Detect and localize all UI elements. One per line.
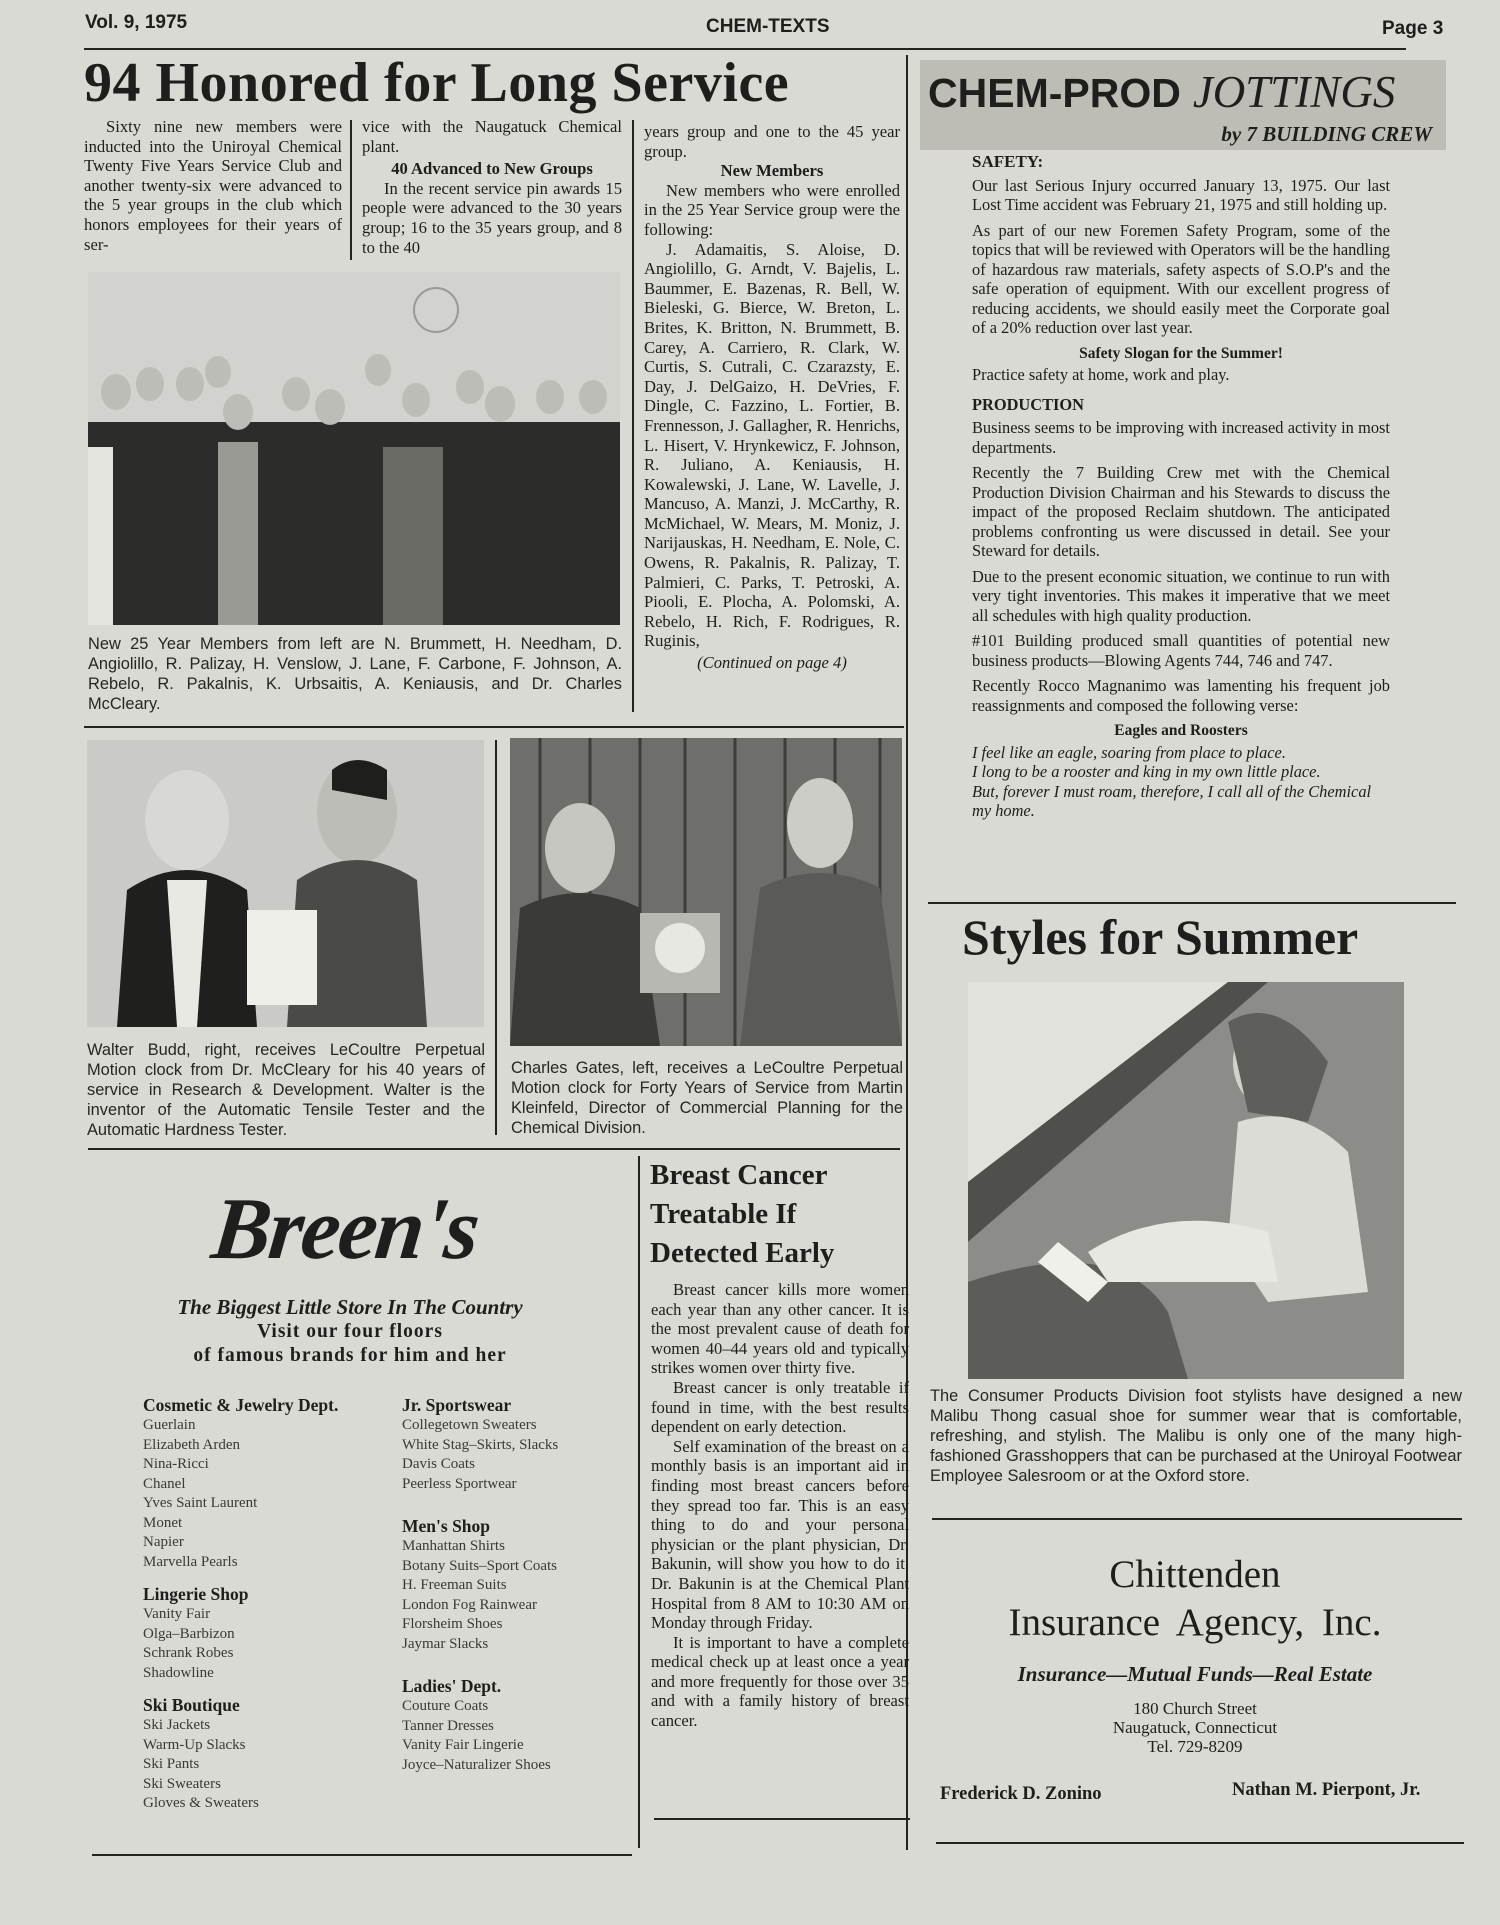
breens-left-column: Cosmetic & Jewelry Dept. Guerlain Elizab… (143, 1395, 363, 1826)
brand-item: Manhattan Shirts (402, 1537, 612, 1557)
production-paragraph: Business seems to be improving with incr… (972, 418, 1390, 457)
poem-line: But, forever I must roam, therefore, I c… (972, 782, 1390, 821)
brand-item: White Stag–Skirts, Slacks (402, 1436, 612, 1456)
budd-photo-image (87, 740, 484, 1027)
brand-item: Chanel (143, 1475, 363, 1495)
subhead-40-advanced: 40 Advanced to New Groups (362, 159, 622, 179)
gates-photo (510, 738, 902, 1046)
chittenden-services: Insurance—Mutual Funds—Real Estate (928, 1662, 1462, 1687)
group-photo (88, 272, 620, 625)
members-list: J. Adamaitis, S. Aloise, D. Angiolillo, … (644, 240, 900, 651)
cancer-paragraph: Breast cancer is only treatable if found… (651, 1378, 909, 1437)
brand-item: Davis Coats (402, 1455, 612, 1475)
section-rule (654, 1818, 910, 1820)
article-col2: vice with the Naugatuck Chemical plant. … (362, 117, 622, 257)
brand-item: Schrank Robes (143, 1644, 363, 1664)
brand-item: Joyce–Naturalizer Shoes (402, 1756, 612, 1776)
agent-zonino: Frederick D. Zonino (940, 1784, 1102, 1805)
budd-photo (87, 740, 484, 1027)
column-rule (495, 740, 497, 1135)
gates-caption: Charles Gates, left, receives a LeCoultr… (511, 1058, 903, 1138)
article-col3: years group and one to the 45 year group… (644, 122, 900, 673)
chittenden-agency: Insurance Agency, Inc. (928, 1598, 1462, 1648)
summer-photo-image (968, 982, 1404, 1379)
dept-group: Cosmetic & Jewelry Dept. Guerlain Elizab… (143, 1395, 363, 1572)
agent-pierpont: Nathan M. Pierpont, Jr. (1232, 1780, 1420, 1801)
slogan-text: Practice safety at home, work and play. (972, 365, 1390, 385)
section-rule (936, 1842, 1464, 1844)
dept-heading: Ski Boutique (143, 1695, 363, 1716)
brand-item: H. Freeman Suits (402, 1576, 612, 1596)
cancer-headline: Breast Cancer Treatable If Detected Earl… (650, 1156, 900, 1273)
slogan-heading: Safety Slogan for the Summer! (972, 344, 1390, 364)
poem: I feel like an eagle, soaring from place… (972, 743, 1390, 821)
summer-photo (968, 982, 1404, 1379)
article-paragraph: Sixty nine new members were inducted int… (84, 117, 342, 254)
brand-item: Florsheim Shoes (402, 1615, 612, 1635)
cancer-paragraph: Self examination of the breast on a mont… (651, 1437, 909, 1633)
brand-item: Tanner Dresses (402, 1717, 612, 1737)
dept-group: Jr. Sportswear Collegetown Sweaters Whit… (402, 1395, 612, 1494)
chittenden-ad: Chittenden Insurance Agency, Inc. Insura… (928, 1552, 1462, 1756)
section-rule (932, 1518, 1462, 1520)
jottings-banner: CHEM-PROD JOTTINGS by 7 BUILDING CREW (920, 60, 1446, 150)
column-rule (350, 120, 352, 260)
jottings-title-bold: CHEM-PROD (928, 70, 1181, 116)
brand-item: Olga–Barbizon (143, 1625, 363, 1645)
cancer-headline-line: Breast Cancer (650, 1156, 900, 1195)
article-col1: Sixty nine new members were inducted int… (84, 117, 342, 254)
production-paragraph: Recently the 7 Building Crew met with th… (972, 463, 1390, 561)
dept-group: Lingerie Shop Vanity Fair Olga–Barbizon … (143, 1584, 363, 1683)
dept-heading: Jr. Sportswear (402, 1395, 612, 1416)
article-paragraph: vice with the Naugatuck Chemical plant. (362, 117, 622, 156)
styles-caption: The Consumer Products Division foot styl… (930, 1386, 1462, 1486)
poem-line: I long to be a rooster and king in my ow… (972, 762, 1390, 782)
dept-heading: Ladies' Dept. (402, 1676, 612, 1697)
publication-name: CHEM-TEXTS (706, 16, 830, 38)
breens-line3: of famous brands for him and her (100, 1344, 600, 1368)
brand-item: Napier (143, 1533, 363, 1553)
brand-item: Nina-Ricci (143, 1455, 363, 1475)
brand-item: Ski Pants (143, 1755, 363, 1775)
brand-item: Elizabeth Arden (143, 1436, 363, 1456)
jottings-title-italic: JOTTINGS (1193, 67, 1396, 117)
group-photo-caption: New 25 Year Members from left are N. Bru… (88, 634, 622, 714)
jottings-body: SAFETY: Our last Serious Injury occurred… (972, 152, 1390, 821)
section-rule (92, 1854, 632, 1856)
chittenden-address2: Naugatuck, Connecticut (928, 1718, 1462, 1737)
brand-item: Shadowline (143, 1664, 363, 1684)
jottings-byline: by 7 BUILDING CREW (1221, 122, 1432, 147)
brand-item: Marvella Pearls (143, 1553, 363, 1573)
dept-group: Men's Shop Manhattan Shirts Botany Suits… (402, 1516, 612, 1654)
cancer-paragraph: It is important to have a complete medic… (651, 1633, 909, 1731)
brand-item: Couture Coats (402, 1697, 612, 1717)
safety-paragraph: As part of our new Foremen Safety Progra… (972, 221, 1390, 338)
cancer-headline-line: Detected Early (650, 1234, 900, 1273)
dept-heading: Lingerie Shop (143, 1584, 363, 1605)
subhead-new-members: New Members (644, 161, 900, 181)
poem-line: I feel like an eagle, soaring from place… (972, 743, 1390, 763)
production-paragraph: #101 Building produced small quantities … (972, 631, 1390, 670)
budd-caption: Walter Budd, right, receives LeCoultre P… (87, 1040, 485, 1140)
brand-item: London Fog Rainwear (402, 1596, 612, 1616)
production-paragraph: Recently Rocco Magnanimo was lamenting h… (972, 676, 1390, 715)
gates-photo-image (510, 738, 902, 1046)
dept-heading: Cosmetic & Jewelry Dept. (143, 1395, 363, 1416)
brand-item: Botany Suits–Sport Coats (402, 1557, 612, 1577)
article-paragraph: years group and one to the 45 year group… (644, 122, 900, 161)
brand-item: Gloves & Sweaters (143, 1794, 363, 1814)
brand-item: Jaymar Slacks (402, 1635, 612, 1655)
main-headline: 94 Honored for Long Service (84, 50, 789, 116)
brand-item: Peerless Sportwear (402, 1475, 612, 1495)
brand-item: Collegetown Sweaters (402, 1416, 612, 1436)
dept-heading: Men's Shop (402, 1516, 612, 1537)
safety-paragraph: Our last Serious Injury occurred January… (972, 176, 1390, 215)
safety-heading: SAFETY: (972, 152, 1390, 172)
production-heading: PRODUCTION (972, 395, 1390, 415)
brand-item: Monet (143, 1514, 363, 1534)
breens-header: The Biggest Little Store In The Country … (100, 1294, 600, 1368)
dept-group: Ladies' Dept. Couture Coats Tanner Dress… (402, 1676, 612, 1775)
breens-right-column: Jr. Sportswear Collegetown Sweaters Whit… (402, 1395, 612, 1787)
group-photo-image (88, 272, 620, 625)
chittenden-phone: Tel. 729-8209 (928, 1737, 1462, 1756)
chittenden-address1: 180 Church Street (928, 1699, 1462, 1718)
brand-item: Guerlain (143, 1416, 363, 1436)
volume-label: Vol. 9, 1975 (85, 12, 187, 34)
brand-item: Warm-Up Slacks (143, 1736, 363, 1756)
brand-item: Ski Jackets (143, 1716, 363, 1736)
brand-item: Vanity Fair (143, 1605, 363, 1625)
section-rule (88, 1148, 900, 1150)
breens-logo: Breen's (175, 1180, 516, 1280)
cancer-paragraph: Breast cancer kills more women each year… (651, 1280, 909, 1378)
breens-tagline: The Biggest Little Store In The Country (100, 1294, 600, 1320)
section-rule (84, 726, 904, 728)
column-rule (632, 120, 634, 712)
poem-title: Eagles and Roosters (972, 721, 1390, 741)
article-paragraph: New members who were enrolled in the 25 … (644, 181, 900, 240)
dept-group: Ski Boutique Ski Jackets Warm-Up Slacks … (143, 1695, 363, 1814)
styles-headline: Styles for Summer (962, 908, 1358, 966)
breens-line2: Visit our four floors (100, 1320, 600, 1344)
chittenden-name: Chittenden (928, 1552, 1462, 1598)
brand-item: Yves Saint Laurent (143, 1494, 363, 1514)
continued-link[interactable]: (Continued on page 4) (644, 653, 900, 673)
brand-item: Ski Sweaters (143, 1775, 363, 1795)
column-rule (638, 1156, 640, 1848)
section-rule (928, 902, 1456, 904)
brand-item: Vanity Fair Lingerie (402, 1736, 612, 1756)
cancer-headline-line: Treatable If (650, 1195, 900, 1234)
article-paragraph: In the recent service pin awards 15 peop… (362, 179, 622, 257)
page-number: Page 3 (1382, 18, 1443, 40)
cancer-body: Breast cancer kills more women each year… (651, 1280, 909, 1731)
production-paragraph: Due to the present economic situation, w… (972, 567, 1390, 626)
